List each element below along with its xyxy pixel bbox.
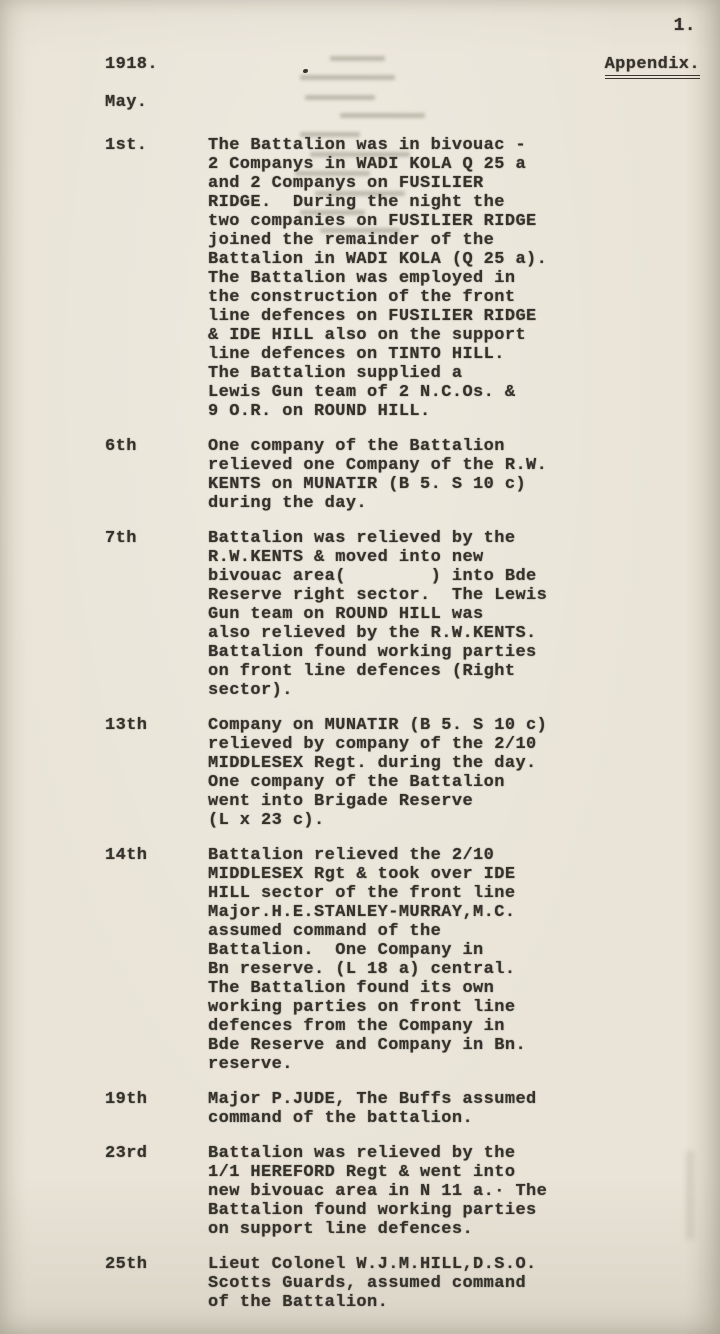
entry-text: The Battalion was in bivouac - 2 Company…: [208, 136, 547, 421]
entry-date: 7th: [105, 529, 208, 700]
entry-date: 25th: [105, 1255, 208, 1312]
diary-entry: 19th Major P.JUDE, The Buffs assumed com…: [105, 1090, 720, 1128]
page-header: 1918. Appendix.: [105, 55, 700, 79]
diary-entry: 23rd Battalion was relieved by the 1/1 H…: [105, 1144, 720, 1239]
diary-entry: 7th Battalion was relieved by the R.W.KE…: [105, 529, 720, 700]
war-diary-page: 1. 1918. Appendix. May. 1st. The Battali…: [0, 0, 720, 1334]
page-number: 1.: [674, 16, 696, 36]
entry-date: 13th: [105, 716, 208, 830]
diary-entries-list: 1st. The Battalion was in bivouac - 2 Co…: [105, 136, 720, 1328]
entry-text: Battalion relieved the 2/10 MIDDLESEX Rg…: [208, 846, 526, 1074]
entry-date: 23rd: [105, 1144, 208, 1239]
entry-text: Battalion was relieved by the 1/1 HEREFO…: [208, 1144, 547, 1239]
appendix-heading: Appendix.: [605, 55, 700, 79]
entry-text: Company on MUNATIR (B 5. S 10 c) relieve…: [208, 716, 547, 830]
entry-text: Lieut Colonel W.J.M.HILL,D.S.O. Scotts G…: [208, 1255, 537, 1312]
entry-date: 1st.: [105, 136, 208, 421]
diary-entry: 1st. The Battalion was in bivouac - 2 Co…: [105, 136, 720, 421]
diary-entry: 25th Lieut Colonel W.J.M.HILL,D.S.O. Sco…: [105, 1255, 720, 1312]
entry-text: One company of the Battalion relieved on…: [208, 437, 547, 513]
entry-date: 14th: [105, 846, 208, 1074]
diary-entry: 13th Company on MUNATIR (B 5. S 10 c) re…: [105, 716, 720, 830]
entry-text: Battalion was relieved by the R.W.KENTS …: [208, 529, 547, 700]
diary-entry: 14th Battalion relieved the 2/10 MIDDLES…: [105, 846, 720, 1074]
entry-date: 19th: [105, 1090, 208, 1128]
diary-entry: 6th One company of the Battalion relieve…: [105, 437, 720, 513]
entry-text: Major P.JUDE, The Buffs assumed command …: [208, 1090, 537, 1128]
year-heading: 1918.: [105, 55, 158, 74]
month-heading: May.: [105, 93, 147, 112]
entry-date: 6th: [105, 437, 208, 513]
